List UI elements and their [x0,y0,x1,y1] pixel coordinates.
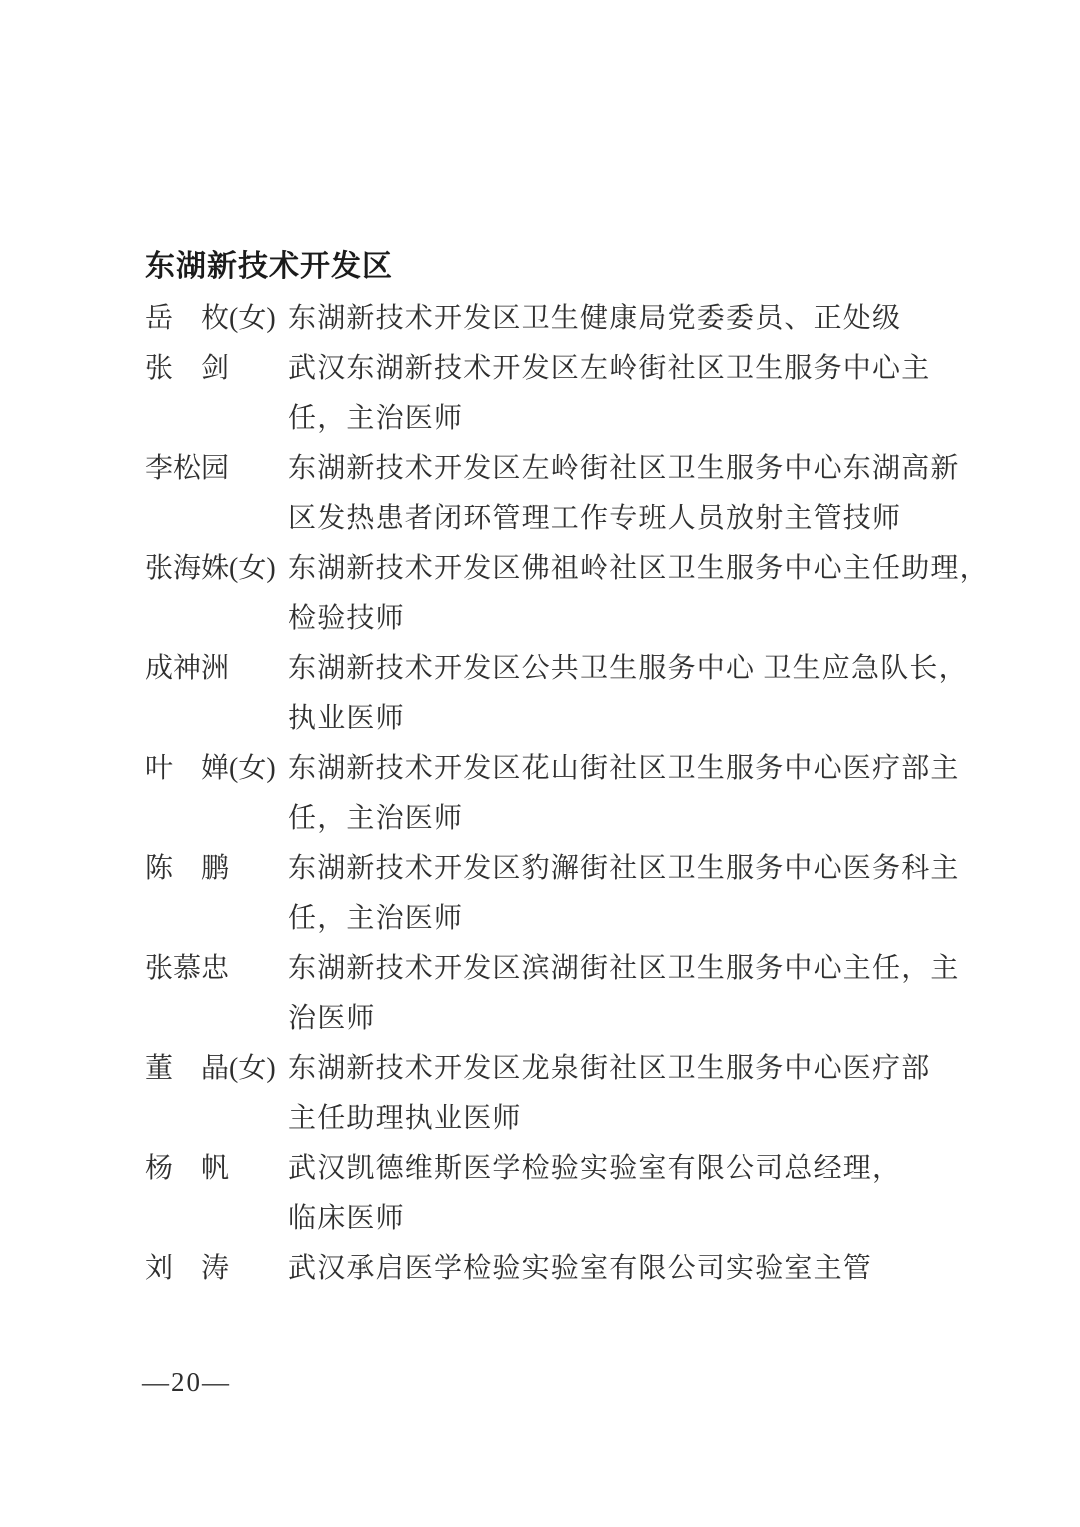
entry-gender-suffix: (女) [229,1053,276,1084]
entry-name-text: 叶 婵 [145,753,229,784]
entry-row: 李松园 东湖新技术开发区左岭街社区卫生服务中心东湖高新区发热患者闭环管理工作专班… [145,444,965,544]
entry-row: 叶 婵(女) 东湖新技术开发区花山街社区卫生服务中心医疗部主任，主治医师 [145,744,965,844]
entry-row: 成神洲 东湖新技术开发区公共卫生服务中心 卫生应急队长，执业医师 [145,644,965,744]
entry-description: 东湖新技术开发区佛祖岭社区卫生服务中心主任助理，检验技师 [288,544,965,644]
entry-description-line: 任，主治医师 [288,394,965,444]
entry-description-line: 区发热患者闭环管理工作专班人员放射主管技师 [288,494,965,544]
entry-description-line: 主任助理执业医师 [288,1094,965,1144]
entry-description-line: 东湖新技术开发区滨湖街社区卫生服务中心主任，主 [288,944,965,994]
entry-description: 东湖新技术开发区豹澥街社区卫生服务中心医务科主任，主治医师 [288,844,965,944]
entry-description: 东湖新技术开发区左岭街社区卫生服务中心东湖高新区发热患者闭环管理工作专班人员放射… [288,444,965,544]
entry-name: 叶 婵(女) [145,744,288,794]
entry-row: 岳 枚(女) 东湖新技术开发区卫生健康局党委委员、正处级 [145,294,965,344]
entry-description-line: 武汉凯德维斯医学检验实验室有限公司总经理， [288,1144,965,1194]
entry-gender-suffix: (女) [229,553,276,584]
entry-gender-suffix: (女) [229,753,276,784]
entry-name-text: 陈 鹏 [145,853,229,884]
entry-row: 董 晶(女) 东湖新技术开发区龙泉街社区卫生服务中心医疗部主任助理执业医师 [145,1044,965,1144]
page-number: —20— [142,1364,231,1400]
entry-gender-suffix: (女) [229,303,276,334]
entry-name-text: 成神洲 [145,653,229,684]
entry-name-text: 刘 涛 [145,1253,229,1284]
entry-description-line: 东湖新技术开发区龙泉街社区卫生服务中心医疗部 [288,1044,965,1094]
entry-description-line: 任，主治医师 [288,894,965,944]
entry-name: 董 晶(女) [145,1044,288,1094]
entry-name-text: 董 晶 [145,1053,229,1084]
entry-name-text: 杨 帆 [145,1153,229,1184]
entry-description-line: 东湖新技术开发区佛祖岭社区卫生服务中心主任助理， [288,544,965,594]
entry-list: 岳 枚(女) 东湖新技术开发区卫生健康局党委委员、正处级 张 剑 武汉东湖新技术… [145,294,965,1294]
entry-description-line: 检验技师 [288,594,965,644]
entry-row: 陈 鹏 东湖新技术开发区豹澥街社区卫生服务中心医务科主任，主治医师 [145,844,965,944]
entry-description-line: 治医师 [288,994,965,1044]
entry-name: 岳 枚(女) [145,294,288,344]
entry-description-line: 武汉东湖新技术开发区左岭街社区卫生服务中心主 [288,344,965,394]
entry-description-line: 东湖新技术开发区花山街社区卫生服务中心医疗部主 [288,744,965,794]
entry-description: 东湖新技术开发区滨湖街社区卫生服务中心主任，主治医师 [288,944,965,1044]
entry-description-line: 临床医师 [288,1194,965,1244]
section-heading: 东湖新技术开发区 [145,248,965,286]
entry-description-line: 任，主治医师 [288,794,965,844]
entry-description: 东湖新技术开发区花山街社区卫生服务中心医疗部主任，主治医师 [288,744,965,844]
entry-row: 刘 涛 武汉承启医学检验实验室有限公司实验室主管 [145,1244,965,1294]
entry-description-line: 武汉承启医学检验实验室有限公司实验室主管 [288,1244,965,1294]
entry-description-line: 执业医师 [288,694,965,744]
entry-name: 张慕忠 [145,944,288,994]
entry-name: 张海姝(女) [145,544,288,594]
entry-description: 武汉东湖新技术开发区左岭街社区卫生服务中心主任，主治医师 [288,344,965,444]
entry-name: 张 剑 [145,344,288,394]
entry-row: 张慕忠 东湖新技术开发区滨湖街社区卫生服务中心主任，主治医师 [145,944,965,1044]
entry-description-line: 东湖新技术开发区豹澥街社区卫生服务中心医务科主 [288,844,965,894]
entry-description: 东湖新技术开发区卫生健康局党委委员、正处级 [288,294,965,344]
entry-description: 东湖新技术开发区龙泉街社区卫生服务中心医疗部主任助理执业医师 [288,1044,965,1144]
entry-name-text: 岳 枚 [145,303,229,334]
entry-row: 张 剑 武汉东湖新技术开发区左岭街社区卫生服务中心主任，主治医师 [145,344,965,444]
entry-description: 东湖新技术开发区公共卫生服务中心 卫生应急队长，执业医师 [288,644,965,744]
document-content: 东湖新技术开发区 岳 枚(女) 东湖新技术开发区卫生健康局党委委员、正处级 张 … [145,248,965,1294]
entry-description-line: 东湖新技术开发区左岭街社区卫生服务中心东湖高新 [288,444,965,494]
entry-row: 张海姝(女) 东湖新技术开发区佛祖岭社区卫生服务中心主任助理，检验技师 [145,544,965,644]
entry-name-text: 张 剑 [145,353,229,384]
entry-description: 武汉承启医学检验实验室有限公司实验室主管 [288,1244,965,1294]
entry-name: 杨 帆 [145,1144,288,1194]
entry-description-line: 东湖新技术开发区公共卫生服务中心 卫生应急队长， [288,644,965,694]
entry-name: 李松园 [145,444,288,494]
entry-name-text: 张海姝 [145,553,229,584]
document-page: 东湖新技术开发区 岳 枚(女) 东湖新技术开发区卫生健康局党委委员、正处级 张 … [0,0,1080,1527]
entry-name-text: 李松园 [145,453,229,484]
entry-description: 武汉凯德维斯医学检验实验室有限公司总经理，临床医师 [288,1144,965,1244]
entry-name-text: 张慕忠 [145,953,229,984]
entry-row: 杨 帆 武汉凯德维斯医学检验实验室有限公司总经理，临床医师 [145,1144,965,1244]
entry-name: 成神洲 [145,644,288,694]
entry-description-line: 东湖新技术开发区卫生健康局党委委员、正处级 [288,294,965,344]
entry-name: 陈 鹏 [145,844,288,894]
entry-name: 刘 涛 [145,1244,288,1294]
